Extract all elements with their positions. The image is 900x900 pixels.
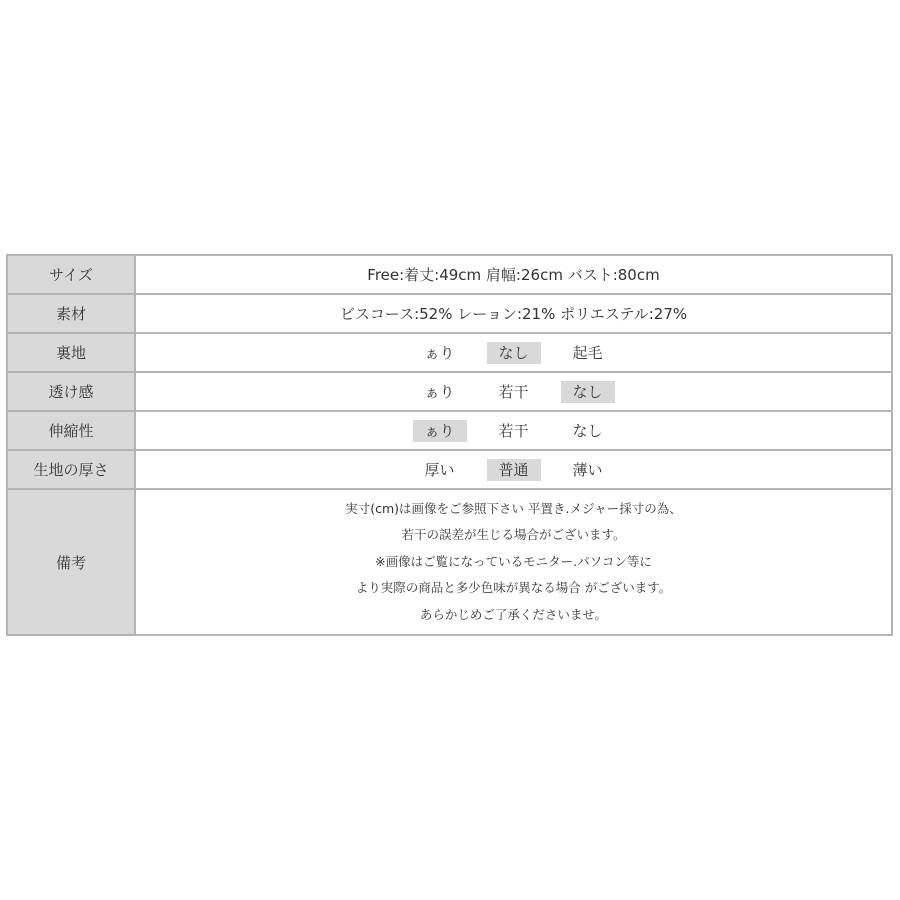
spec-value-lining: ぁり なし 起毛 [135,333,892,372]
stretch-option-yes-selected: ぁり [413,420,467,442]
sheerness-option-slight: 若干 [487,381,541,403]
spec-row-size: サイズ Free:着丈:49cm 肩幅:26cm バスト:80cm [7,255,892,294]
spec-label-stretch: 伸縮性 [7,411,135,450]
spec-row-thickness: 生地の厚さ 厚い 普通 薄い [7,450,892,489]
spec-value-thickness: 厚い 普通 薄い [135,450,892,489]
thickness-option-thin: 薄い [561,459,615,481]
sheerness-option-yes: ぁり [413,381,467,403]
lining-option-brushed: 起毛 [561,342,615,364]
lining-option-yes: ぁり [413,342,467,364]
thickness-option-normal-selected: 普通 [487,459,541,481]
lining-option-none-selected: なし [487,342,541,364]
spec-row-material: 素材 ビスコース:52% レーョン:21% ポリエステル:27% [7,294,892,333]
stretch-option-slight: 若干 [487,420,541,442]
spec-label-material: 素材 [7,294,135,333]
spec-label-notes: 備考 [7,489,135,635]
stretch-option-none: なし [561,420,615,442]
spec-value-notes: 実寸(cm)は画像をご参照下さい 平置き.メジャー採寸の為、 若干の誤差が生じる… [135,489,892,635]
spec-row-sheerness: 透け感 ぁり 若干 なし [7,372,892,411]
spec-label-lining: 裏地 [7,333,135,372]
spec-row-stretch: 伸縮性 ぁり 若干 なし [7,411,892,450]
notes-line: 実寸(cm)は画像をご参照下さい 平置き.メジャー採寸の為、 [136,496,891,523]
spec-value-material: ビスコース:52% レーョン:21% ポリエステル:27% [135,294,892,333]
notes-line: より実際の商品と多少色味が異なる場合 がございます。 [136,575,891,602]
spec-label-size: サイズ [7,255,135,294]
spec-label-thickness: 生地の厚さ [7,450,135,489]
spec-value-sheerness: ぁり 若干 なし [135,372,892,411]
spec-label-sheerness: 透け感 [7,372,135,411]
product-spec-table: サイズ Free:着丈:49cm 肩幅:26cm バスト:80cm 素材 ビスコ… [6,254,893,636]
notes-line: ※画像はご覧になっているモニター.パソコン等に [136,549,891,576]
spec-value-size: Free:着丈:49cm 肩幅:26cm バスト:80cm [135,255,892,294]
sheerness-option-none-selected: なし [561,381,615,403]
notes-line: 若干の誤差が生じる場合がございます。 [136,522,891,549]
spec-row-notes: 備考 実寸(cm)は画像をご参照下さい 平置き.メジャー採寸の為、 若干の誤差が… [7,489,892,635]
spec-row-lining: 裏地 ぁり なし 起毛 [7,333,892,372]
notes-line: あらかじめご了承くださいませ。 [136,602,891,629]
thickness-option-thick: 厚い [413,459,467,481]
spec-value-stretch: ぁり 若干 なし [135,411,892,450]
